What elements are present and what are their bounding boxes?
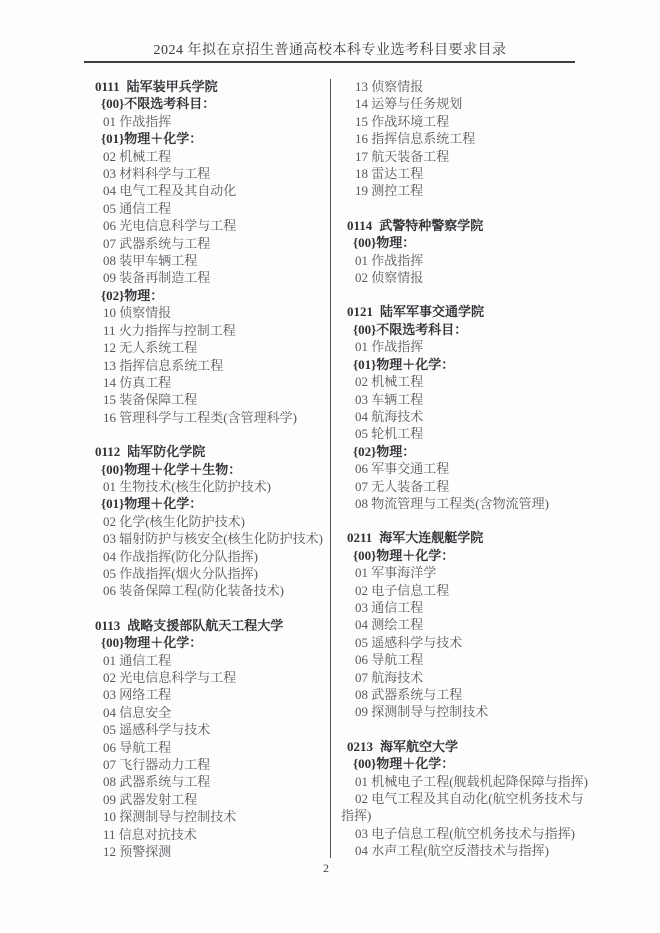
section-header: 0111陆军装甲兵学院 — [89, 78, 329, 95]
major-item: 01 作战指挥 — [341, 252, 591, 269]
section-code: 0114 — [347, 218, 372, 233]
section-name: 陆军军事交通学院 — [380, 304, 484, 319]
major-item: 01 作战指挥 — [341, 338, 591, 355]
major-item: 04 测绘工程 — [341, 616, 591, 633]
major-item: 09 武器发射工程 — [89, 791, 329, 808]
section-code: 0121 — [347, 304, 373, 319]
major-item: 06 导航工程 — [341, 651, 591, 668]
school-section: 0121陆军军事交通学院{00}不限选考科目：01 作战指挥{01}物理＋化学：… — [341, 303, 591, 512]
major-item: 06 军事交通工程 — [341, 460, 591, 477]
section-header: 0112陆军防化学院 — [89, 443, 329, 460]
major-item: 05 遥感科学与技术 — [341, 634, 591, 651]
major-item: 10 探测制导与控制技术 — [89, 808, 329, 825]
school-section: 0113战略支援部队航天工程大学{00}物理＋化学：01 通信工程02 光电信息… — [89, 617, 329, 861]
major-item: 06 光电信息科学与工程 — [89, 217, 329, 234]
major-item: 19 测控工程 — [341, 182, 591, 199]
school-section: 0112陆军防化学院{00}物理＋化学＋生物：01 生物技术(核生化防护技术){… — [89, 443, 329, 600]
subject-group-label: {01}物理＋化学： — [341, 356, 591, 373]
school-section: 0213海军航空大学{00}物理＋化学：01 机械电子工程(舰载机起降保障与指挥… — [341, 738, 591, 860]
major-item: 06 导航工程 — [89, 739, 329, 756]
major-item: 10 侦察情报 — [89, 304, 329, 321]
major-item: 06 装备保障工程(防化装备技术) — [89, 582, 329, 599]
major-item: 04 电气工程及其自动化 — [89, 182, 329, 199]
section-name: 武警特种警察学院 — [379, 218, 483, 233]
subject-group-label: {00}物理＋化学： — [341, 547, 591, 564]
major-item: 03 车辆工程 — [341, 391, 591, 408]
subject-group-label: {01}物理＋化学： — [89, 495, 329, 512]
section-name: 陆军装甲兵学院 — [127, 79, 218, 94]
major-item: 01 军事海洋学 — [341, 564, 591, 581]
major-item: 18 雷达工程 — [341, 165, 591, 182]
major-item: 08 装甲车辆工程 — [89, 252, 329, 269]
major-item: 11 火力指挥与控制工程 — [89, 322, 329, 339]
major-item: 08 武器系统与工程 — [341, 686, 591, 703]
section-name: 海军大连舰艇学院 — [379, 530, 483, 545]
subject-group-label: {01}物理＋化学： — [89, 130, 329, 147]
section-header: 0121陆军军事交通学院 — [341, 303, 591, 320]
major-item: 03 网络工程 — [89, 686, 329, 703]
major-item: 03 通信工程 — [341, 599, 591, 616]
major-item: 09 装备再制造工程 — [89, 269, 329, 286]
major-item: 04 航海技术 — [341, 408, 591, 425]
section-header: 0211海军大连舰艇学院 — [341, 529, 591, 546]
major-item: 17 航天装备工程 — [341, 148, 591, 165]
major-item: 02 侦察情报 — [341, 269, 591, 286]
carryover-items: 13 侦察情报14 运筹与任务规划15 作战环境工程16 指挥信息系统工程17 … — [341, 78, 591, 200]
section-code: 0213 — [347, 739, 373, 754]
major-item: 04 信息安全 — [89, 704, 329, 721]
major-item: 05 通信工程 — [89, 200, 329, 217]
major-item: 13 指挥信息系统工程 — [89, 357, 329, 374]
document-page: 2024 年拟在京招生普通高校本科专业选考科目要求目录 0111陆军装甲兵学院{… — [0, 0, 660, 933]
subject-group-label: {00}物理＋化学＋生物： — [89, 461, 329, 478]
major-item: 08 武器系统与工程 — [89, 773, 329, 790]
major-item: 08 物流管理与工程类(含物流管理) — [341, 495, 591, 512]
right-column: 13 侦察情报14 运筹与任务规划15 作战环境工程16 指挥信息系统工程17 … — [341, 78, 591, 860]
section-code: 0111 — [95, 79, 120, 94]
major-item: 02 机械工程 — [341, 373, 591, 390]
major-item: 05 遥感科学与技术 — [89, 721, 329, 738]
subject-group-label: {00}物理＋化学： — [89, 634, 329, 651]
major-item: 02 光电信息科学与工程 — [89, 669, 329, 686]
major-item: 07 飞行器动力工程 — [89, 756, 329, 773]
major-item: 02 机械工程 — [89, 148, 329, 165]
major-item: 09 探测制导与控制技术 — [341, 703, 591, 720]
major-item: 01 作战指挥 — [89, 113, 329, 130]
major-item: 15 装备保障工程 — [89, 391, 329, 408]
school-section: 0211海军大连舰艇学院{00}物理＋化学：01 军事海洋学02 电子信息工程0… — [341, 529, 591, 720]
section-header: 0114武警特种警察学院 — [341, 217, 591, 234]
major-item: 12 预警探测 — [89, 843, 329, 860]
subject-group-label: {00}物理＋化学： — [341, 755, 591, 772]
subject-group-label: {00}不限选考科目： — [341, 321, 591, 338]
section-header: 0213海军航空大学 — [341, 738, 591, 755]
subject-group-label: {02}物理： — [89, 287, 329, 304]
major-item: 07 无人装备工程 — [341, 478, 591, 495]
school-section: 0111陆军装甲兵学院{00}不限选考科目：01 作战指挥{01}物理＋化学：0… — [89, 78, 329, 426]
school-section: 0114武警特种警察学院{00}物理：01 作战指挥02 侦察情报 — [341, 217, 591, 287]
left-column: 0111陆军装甲兵学院{00}不限选考科目：01 作战指挥{01}物理＋化学：0… — [89, 78, 329, 860]
section-name: 海军航空大学 — [380, 739, 458, 754]
column-divider — [330, 79, 331, 858]
major-item: 02 电子信息工程 — [341, 582, 591, 599]
major-item: 12 无人系统工程 — [89, 339, 329, 356]
major-item: 07 航海技术 — [341, 669, 591, 686]
major-item: 16 指挥信息系统工程 — [341, 130, 591, 147]
major-item: 07 武器系统与工程 — [89, 235, 329, 252]
major-item: 02 化学(核生化防护技术) — [89, 513, 329, 530]
major-item: 04 作战指挥(防化分队指挥) — [89, 548, 329, 565]
major-item: 02 电气工程及其自动化(航空机务技术与指挥) — [341, 790, 591, 825]
major-item: 01 机械电子工程(舰载机起降保障与指挥) — [341, 773, 591, 790]
major-item: 14 仿真工程 — [89, 374, 329, 391]
section-code: 0113 — [95, 618, 120, 633]
subject-group-label: {00}物理： — [341, 234, 591, 251]
section-name: 战略支援部队航天工程大学 — [127, 618, 283, 633]
page-number: 2 — [0, 861, 652, 876]
section-name: 陆军防化学院 — [127, 444, 205, 459]
section-code: 0112 — [95, 444, 120, 459]
major-item: 03 电子信息工程(航空机务技术与指挥) — [341, 825, 591, 842]
major-item: 01 生物技术(核生化防护技术) — [89, 478, 329, 495]
section-header: 0113战略支援部队航天工程大学 — [89, 617, 329, 634]
major-item: 11 信息对抗技术 — [89, 826, 329, 843]
major-item: 15 作战环境工程 — [341, 113, 591, 130]
subject-group-label: {02}物理： — [341, 443, 591, 460]
major-item: 05 轮机工程 — [341, 425, 591, 442]
subject-group-label: {00}不限选考科目： — [89, 95, 329, 112]
major-item: 14 运筹与任务规划 — [341, 95, 591, 112]
major-item: 03 材料科学与工程 — [89, 165, 329, 182]
page-title: 2024 年拟在京招生普通高校本科专业选考科目要求目录 — [0, 39, 660, 59]
title-rule — [84, 61, 575, 63]
major-item: 03 辐射防护与核安全(核生化防护技术) — [89, 530, 329, 547]
major-item: 04 水声工程(航空反潜技术与指挥) — [341, 842, 591, 859]
major-item: 01 通信工程 — [89, 652, 329, 669]
major-item: 13 侦察情报 — [341, 78, 591, 95]
section-code: 0211 — [347, 530, 372, 545]
major-item: 16 管理科学与工程类(含管理科学) — [89, 409, 329, 426]
major-item: 05 作战指挥(烟火分队指挥) — [89, 565, 329, 582]
